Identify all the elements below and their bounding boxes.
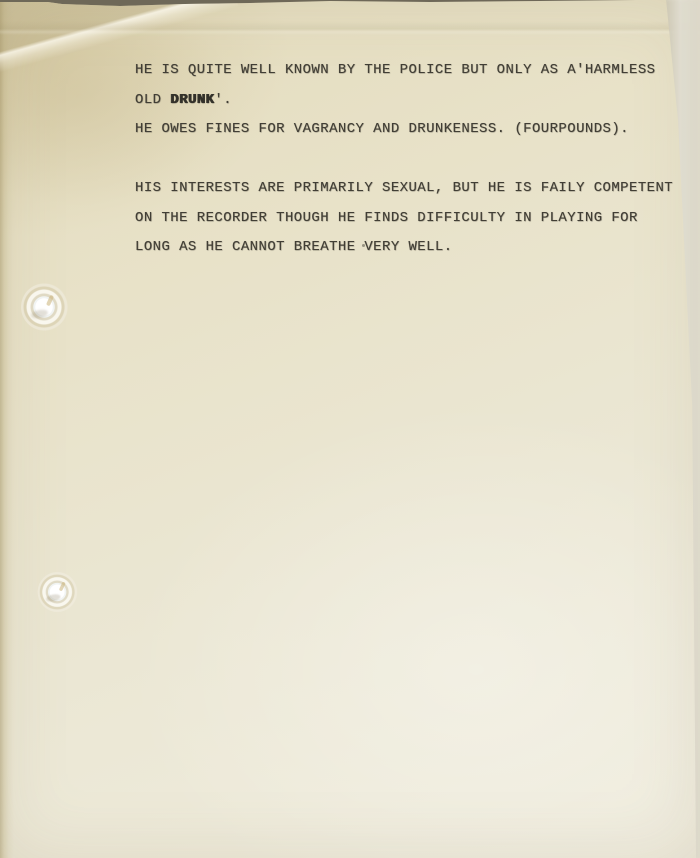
text-segment: ON THE RECORDER THOUGH HE FINDS DIFFICUL… (135, 210, 638, 226)
text-line: HE OWES FINES FOR VAGRANCY AND DRUNKENES… (135, 121, 673, 151)
text-segment: HIS INTERESTS ARE PRIMARILY SEXUAL, BUT … (135, 180, 673, 196)
text-line: HIS INTERESTS ARE PRIMARILY SEXUAL, BUT … (135, 180, 673, 210)
text-line: HE IS QUITE WELL KNOWN BY THE POLICE BUT… (135, 62, 673, 92)
text-segment: LONG AS HE CANNOT BREATHE VERY WELL. (135, 239, 453, 255)
overstruck-word: DRUNK (170, 92, 214, 108)
document-page: HE IS QUITE WELL KNOWN BY THE POLICE BUT… (0, 0, 700, 858)
typewritten-text: HE IS QUITE WELL KNOWN BY THE POLICE BUT… (135, 62, 673, 269)
paragraph: HE IS QUITE WELL KNOWN BY THE POLICE BUT… (135, 62, 673, 151)
ink-speck (362, 244, 365, 247)
text-line: LONG AS HE CANNOT BREATHE VERY WELL. (135, 239, 673, 269)
ink-speck (217, 127, 220, 130)
text-segment: HE IS QUITE WELL KNOWN BY THE POLICE BUT… (135, 62, 655, 78)
text-line: OLD DRUNK'. (135, 92, 673, 122)
punch-hole (21, 283, 69, 331)
horizontal-crease (0, 21, 700, 35)
text-segment: OLD (135, 92, 170, 108)
text-segment: '. (214, 92, 232, 108)
text-line: ON THE RECORDER THOUGH HE FINDS DIFFICUL… (135, 210, 673, 240)
paragraph: HIS INTERESTS ARE PRIMARILY SEXUAL, BUT … (135, 180, 673, 269)
text-segment: HE OWES FINES FOR VAGRANCY AND DRUNKENES… (135, 121, 629, 137)
scanned-document: HE IS QUITE WELL KNOWN BY THE POLICE BUT… (0, 0, 700, 858)
left-page-edge (0, 0, 14, 858)
punch-hole (38, 572, 79, 613)
